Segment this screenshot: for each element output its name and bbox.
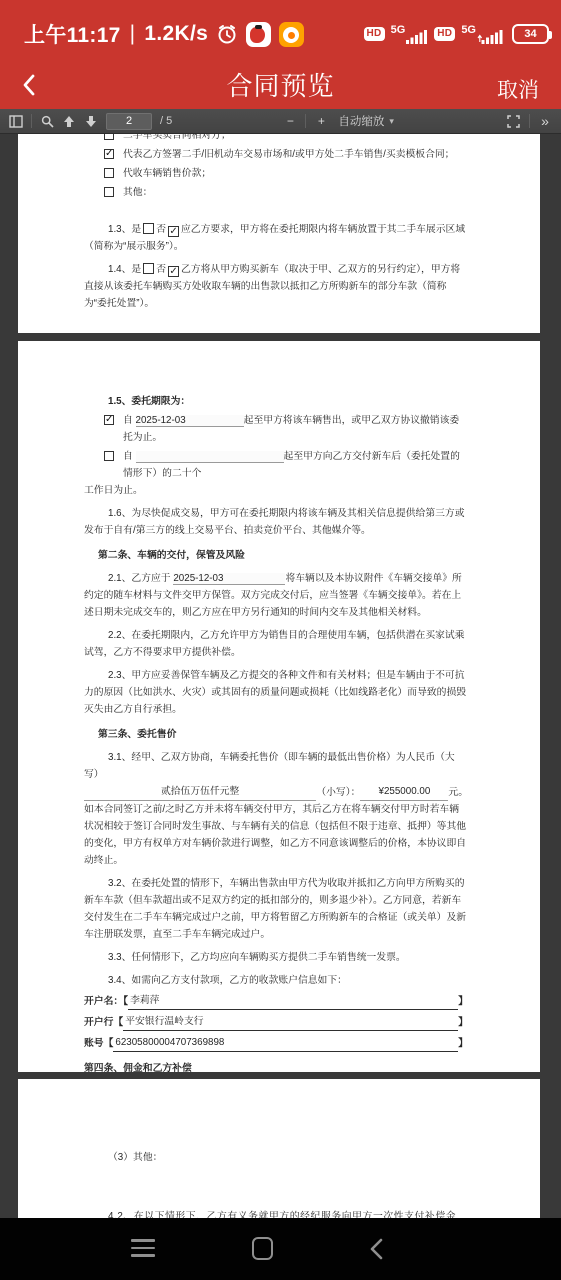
option-text: 自 2025-12-03起至甲方将该车辆售出，或甲乙双方协议撤销该委托为止。 — [123, 412, 468, 446]
bracket-close: 】 — [458, 1014, 468, 1031]
account-name-row: 开户名：【 李莉萍 】 — [84, 992, 468, 1010]
clause-3-1-lead: 3.1、经甲、乙双方协商，车辆委托售价（即车辆的最低出售价格）为人民币（大写） — [84, 749, 468, 783]
home-button[interactable] — [252, 1237, 273, 1260]
section-4-heading: 第四条、佣金和乙方补偿 — [84, 1060, 468, 1072]
date-field[interactable]: 2025-12-03 — [173, 573, 285, 585]
next-page-icon[interactable] — [84, 112, 98, 130]
nav-bar: 合同预览 取消 — [0, 60, 561, 109]
status-bar: 上午11:17 | 1.2K/s HD 5G HD 5G 34 — [0, 0, 561, 60]
bracket-close: 】 — [458, 993, 468, 1010]
android-navigation-bar — [0, 1218, 561, 1280]
toolbar-separator — [529, 114, 530, 128]
cancel-button[interactable]: 取消 — [497, 74, 539, 104]
date-field[interactable]: 2025-12-03 — [136, 415, 244, 427]
pdf-viewer[interactable]: 二手车买卖合同相对方； ✓ 代表乙方签署二手/旧机动车交易市场和/或甲方处二手车… — [0, 134, 561, 1218]
recent-apps-button[interactable] — [131, 1238, 155, 1258]
zoom-out-icon[interactable]: − — [283, 112, 297, 130]
clause-2-3: 2.3、甲方应妥善保管车辆及乙方提交的各种文件和有关材料；但是车辆由于不可抗力的… — [84, 667, 468, 718]
bracket-close: 】 — [458, 1035, 468, 1052]
hd-volte-icon-2: HD — [434, 27, 455, 41]
page-total-label: / 5 — [160, 115, 172, 127]
option-prefix: 自 — [123, 451, 133, 462]
status-separator: | — [130, 22, 136, 46]
contract-page-1: 二手车买卖合同相对方； ✓ 代表乙方签署二手/旧机动车交易市场和/或甲方处二手车… — [18, 134, 540, 333]
toolbar-separator — [31, 114, 32, 128]
clause-1-6: 1.6、为尽快促成交易，甲方可在委托期限内将该车辆及其相关信息提供给第三方或发布… — [84, 505, 468, 539]
bank-branch-value[interactable]: 平安银行温岭支行 — [123, 1013, 458, 1031]
alarm-clock-icon — [216, 23, 238, 45]
pdf-toolbar: / 5 − + 自动缩放 ▾ » — [0, 109, 561, 134]
checkbox-label: 代表乙方签署二手/旧机动车交易市场和/或甲方处二手车销售/买卖模板合同； — [123, 146, 454, 163]
status-net-speed: 1.2K/s — [144, 22, 208, 46]
presentation-mode-icon[interactable] — [507, 112, 521, 130]
sidebar-toggle-icon[interactable] — [9, 112, 23, 130]
android-back-button[interactable] — [368, 1238, 384, 1260]
checkbox-yes-icon[interactable] — [143, 263, 154, 274]
clause-1-5-heading: 1.5、委托期限为： — [84, 393, 468, 410]
option-prefix: 自 — [123, 415, 133, 426]
clause-3-4: 3.4、如需向乙方支付款项，乙方的收款账户信息如下： — [84, 972, 468, 989]
clause-1-5-cont: 工作日为止。 — [84, 482, 468, 499]
term-option-1: ✓ 自 2025-12-03起至甲方将该车辆售出，或甲乙双方协议撤销该委托为止。 — [104, 412, 468, 446]
checkbox-label: 代收车辆销售价款； — [123, 165, 211, 182]
account-number-label: 账号【 — [84, 1035, 113, 1052]
section-3-heading: 第三条、委托售价 — [84, 726, 468, 743]
clause-4-2: 4.2、在以下情形下，乙方有义务就甲方的经纪服务向甲方一次性支付补偿金 — [84, 1208, 468, 1218]
clause-3-2: 3.2、在委托处置的情形下，车辆出售款由甲方代为收取并抵扣乙方向甲方所购买的新车… — [84, 875, 468, 943]
section-2-heading: 第二条、车辆的交付，保管及风险 — [84, 547, 468, 564]
date-field-empty[interactable] — [136, 451, 284, 463]
signal-sim2-icon: 5G — [461, 25, 503, 44]
app-notification-icon-1 — [246, 22, 271, 47]
contract-page-3: （3）其他： 4.2、在以下情形下，乙方有义务就甲方的经纪服务向甲方一次性支付补… — [18, 1079, 540, 1218]
price-line: 贰拾伍万伍仟元整 （小写）： ¥255000.00 元。 — [84, 783, 468, 801]
checkbox-item: 其他： — [104, 184, 468, 201]
previous-page-icon[interactable] — [62, 112, 76, 130]
amount-in-words-field[interactable]: 贰拾伍万伍仟元整 — [84, 783, 316, 801]
term-option-2: 自 起至甲方向乙方交付新车后（委托处置的情形下）的二十个 — [104, 448, 468, 482]
hd-volte-icon: HD — [364, 27, 385, 41]
chevron-down-icon: ▾ — [389, 116, 394, 127]
checkbox-label: 二手车买卖合同相对方； — [123, 134, 231, 144]
clause-text: 1.4、是 — [108, 264, 141, 275]
clipped-checkbox-item: 二手车买卖合同相对方； — [104, 134, 468, 144]
checkbox-no-checked-icon[interactable]: ✓ — [168, 226, 179, 237]
bank-branch-label: 开户行【 — [84, 1014, 123, 1031]
checkbox-icon[interactable] — [104, 451, 114, 461]
amount-numeric-field[interactable]: ¥255000.00 — [360, 783, 448, 801]
checkbox-icon[interactable] — [104, 168, 114, 178]
back-button[interactable] — [18, 73, 42, 97]
account-number-row: 账号【 62305800004707369898 】 — [84, 1034, 468, 1052]
checkbox-label: 其他： — [123, 184, 152, 201]
contract-page-2: 1.5、委托期限为： ✓ 自 2025-12-03起至甲方将该车辆售出，或甲乙双… — [18, 341, 540, 1072]
clause-3-3: 3.3、任何情形下，乙方均应向车辆购买方提供二手车销售统一发票。 — [84, 949, 468, 966]
clause-3-1-rest: 如本合同签订之前/之时乙方并未将车辆交付甲方，其后乙方在将车辆交付甲方时若车辆状… — [84, 801, 468, 869]
battery-level: 34 — [524, 28, 536, 40]
account-number-value[interactable]: 62305800004707369898 — [113, 1034, 458, 1052]
clause-1-4: 1.4、是否✓乙方将从甲方购买新车（取决于甲、乙双方的另行约定），甲方将直接从该… — [84, 261, 468, 312]
battery-icon: 34 — [512, 24, 549, 44]
account-name-value[interactable]: 李莉萍 — [128, 992, 458, 1010]
toolbar-more-icon[interactable]: » — [538, 112, 552, 130]
page-number-input[interactable] — [106, 113, 152, 130]
checkbox-yes-icon[interactable] — [143, 223, 154, 234]
clause-2-1: 2.1、乙方应于 2025-12-03将车辆以及本协议附件《车辆交接单》所约定的… — [84, 570, 468, 621]
clause-text: 2.1、乙方应于 — [108, 573, 171, 584]
clause-text: 1.3、是 — [108, 224, 141, 235]
account-name-label: 开户名：【 — [84, 993, 128, 1010]
clause-4-1-3: （3）其他： — [84, 1149, 468, 1166]
zoom-mode-select[interactable]: 自动缩放 ▾ — [336, 113, 396, 129]
zoom-mode-label: 自动缩放 — [338, 113, 384, 129]
checkbox-icon[interactable] — [104, 187, 114, 197]
checkbox-item: 代收车辆销售价款； — [104, 165, 468, 182]
clause-text: 否 — [156, 224, 166, 235]
amount-label: （小写）： — [316, 784, 360, 801]
search-icon[interactable] — [40, 112, 54, 130]
clause-1-3: 1.3、是否✓应乙方要求，甲方将在委托期限内将车辆放置于其二手车展示区域（简称为… — [84, 221, 468, 255]
checkbox-checked-icon[interactable]: ✓ — [104, 149, 114, 159]
checkbox-icon[interactable] — [104, 134, 114, 140]
checkbox-checked-icon[interactable]: ✓ — [104, 415, 114, 425]
clause-text: 否 — [156, 264, 166, 275]
zoom-in-icon[interactable]: + — [314, 112, 328, 130]
checkbox-no-checked-icon[interactable]: ✓ — [168, 266, 179, 277]
bank-branch-row: 开户行【 平安银行温岭支行 】 — [84, 1013, 468, 1031]
weibo-eye-icon — [279, 22, 304, 47]
page-title: 合同预览 — [0, 66, 561, 103]
checkbox-item: ✓ 代表乙方签署二手/旧机动车交易市场和/或甲方处二手车销售/买卖模板合同； — [104, 146, 468, 163]
signal-sim1-icon: 5G — [391, 25, 429, 44]
clause-2-2: 2.2、在委托期限内，乙方允许甲方为销售目的合理使用车辆，包括供潜在买家试乘试驾… — [84, 627, 468, 661]
toolbar-separator — [305, 114, 306, 128]
amount-unit: 元。 — [448, 784, 468, 801]
option-text: 自 起至甲方向乙方交付新车后（委托处置的情形下）的二十个 — [123, 448, 468, 482]
status-time: 上午11:17 — [24, 19, 121, 49]
